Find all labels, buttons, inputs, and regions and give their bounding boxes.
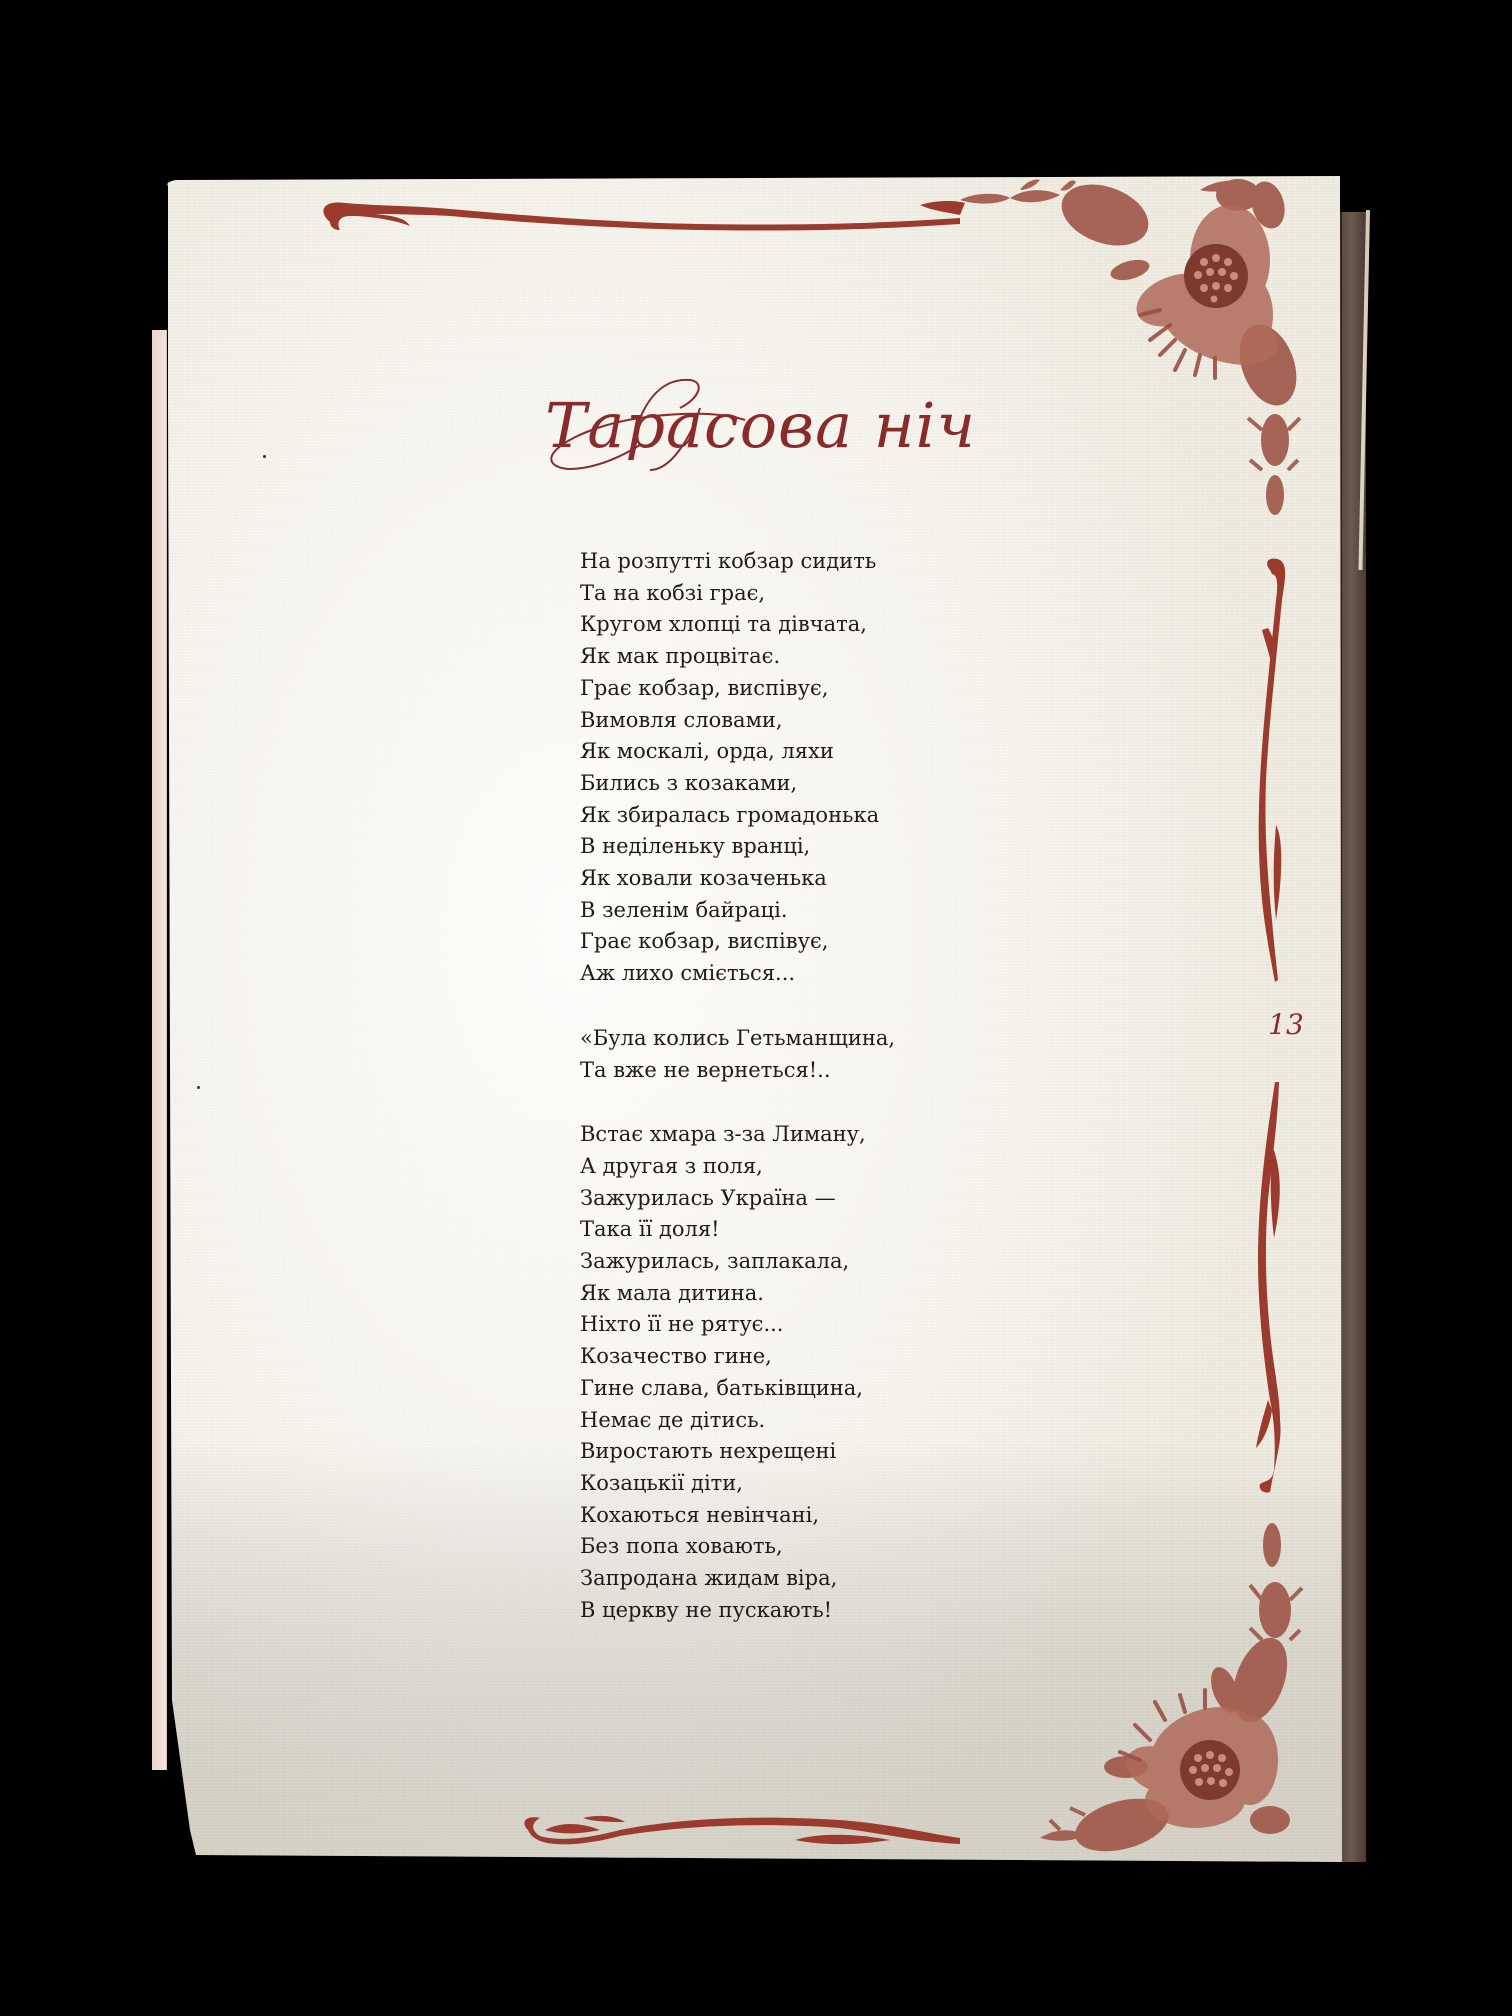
poem-line: «Була колись Гетьманщина, [580,1023,980,1055]
paper-speck [197,1086,200,1089]
previous-page-gutter [152,330,167,1770]
stanza-1: На розпутті кобзар сидить Та на кобзі гр… [580,546,980,990]
stanza-3: Встає хмара з-за Лиману, А другая з поля… [580,1119,980,1626]
poem-line: Та на кобзі грає, [580,578,980,610]
poem-line: В зеленім байраці. [580,895,980,927]
poem-line: А другая з поля, [580,1151,980,1183]
poem-line: Гине слава, батьківщина, [580,1373,980,1405]
poem-line: Бились з козаками, [580,768,980,800]
poem-line: На розпутті кобзар сидить [580,546,980,578]
photo-background: Тарасова ніч На розпутті кобзар сидить Т… [0,0,1512,2016]
poem-line: Та вже не вернеться!.. [580,1055,980,1087]
poem-line: Як москалі, орда, ляхи [580,736,980,768]
poem-line: Зажурилась, заплакала, [580,1246,980,1278]
poem-line: Як збиралась громадонька [580,800,980,832]
poem-line: Козачество гине, [580,1341,980,1373]
poem-line: Як мак процвітає. [580,641,980,673]
poem-line: Зажурилась Україна — [580,1183,980,1215]
poem-line: Запродана жидам віра, [580,1563,980,1595]
poem-line: Грає кобзар, виспівує, [580,926,980,958]
poem-line: Кругом хлопці та дівчата, [580,609,980,641]
paper-speck [263,455,266,458]
poem-line: В неділеньку вранці, [580,831,980,863]
poem-line: Ніхто її не рятує... [580,1309,980,1341]
poem-line: В церкву не пускають! [580,1595,980,1627]
poem-body: На розпутті кобзар сидить Та на кобзі гр… [580,546,980,1627]
poem-line: Грає кобзар, виспівує, [580,673,980,705]
stanza-2: «Була колись Гетьманщина, Та вже не верн… [580,1023,980,1086]
poem-line: Немає де дітись. [580,1405,980,1437]
poem-line: Така її доля! [580,1214,980,1246]
poem-title: Тарасова ніч [545,395,965,457]
poem-line: Як ховали козаченька [580,863,980,895]
poem-line: Як мала дитина. [580,1278,980,1310]
poem-line: Виростають нехрещені [580,1436,980,1468]
poem-line: Вимовля словами, [580,705,980,737]
book-page: Тарасова ніч На розпутті кобзар сидить Т… [0,0,1512,2016]
poem-line: Без попа ховають, [580,1531,980,1563]
poem-line: Аж лихо сміється... [580,958,980,990]
poem-line: Кохаються невінчані, [580,1500,980,1532]
poem-line: Встає хмара з-за Лиману, [580,1119,980,1151]
page-number: 13 [1262,1008,1310,1041]
poem-line: Козацькії діти, [580,1468,980,1500]
